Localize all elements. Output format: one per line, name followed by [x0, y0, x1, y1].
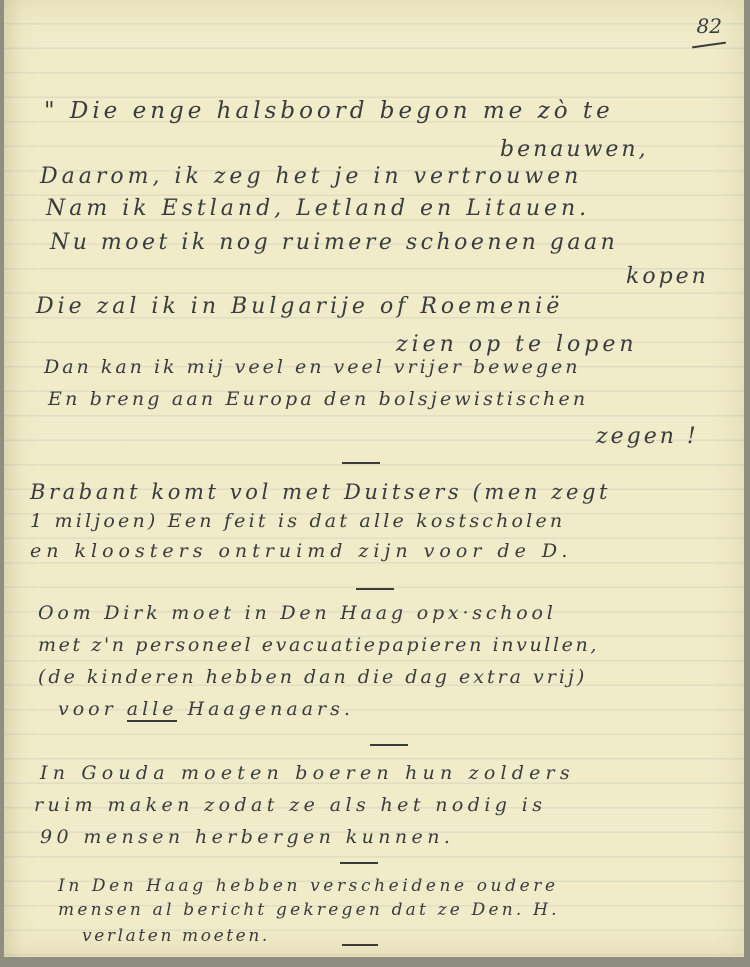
page-number: 82 [697, 14, 722, 38]
poem-line: zegen ! [596, 426, 699, 448]
entry-line: In Den Haag hebben verscheidene oudere [58, 878, 559, 895]
entry-line: Oom Dirk moet in Den Haag opx·school [38, 604, 557, 623]
entry-line: mensen al bericht gekregen dat ze Den. H… [58, 902, 560, 919]
poem-line: Dan kan ik mij veel en veel vrijer beweg… [44, 358, 581, 377]
entry-line: In Gouda moeten boeren hun zolders [40, 764, 575, 783]
poem-line: benauwen, [500, 139, 649, 161]
entry-line: voor alle Haagenaars. [58, 700, 354, 719]
entry-line: Brabant komt vol met Duitsers (men zegt [30, 482, 611, 503]
section-divider [342, 462, 380, 464]
section-divider [356, 588, 394, 590]
poem-line: kopen [626, 266, 709, 288]
section-divider [370, 744, 408, 746]
poem-line: Daarom, ik zeg het je in vertrouwen [40, 166, 582, 188]
section-divider [342, 944, 378, 946]
page-number-underline [692, 42, 726, 49]
poem-line: " Die enge halsboord begon me zò te [44, 100, 614, 123]
notebook-page: 82 " Die enge halsboord begon me zò te b… [4, 0, 744, 957]
section-divider [340, 862, 378, 864]
entry-line: met z'n personeel evacuatiepapieren invu… [38, 636, 599, 655]
entry-line: ruim maken zodat ze als het nodig is [34, 796, 546, 815]
poem-line: Die zal ik in Bulgarije of Roemenië [36, 296, 563, 318]
entry-word: voor [58, 698, 117, 720]
underlined-word: alle [127, 698, 178, 722]
poem-line: En breng aan Europa den bolsjewistischen [48, 390, 588, 409]
entry-line: (de kinderen hebben dan die dag extra vr… [38, 668, 587, 687]
entry-line: 90 mensen herbergen kunnen. [40, 828, 454, 847]
entry-line: verlaten moeten. [82, 928, 270, 945]
entry-line: 1 miljoen) Een feit is dat alle kostscho… [30, 512, 565, 531]
poem-line: Nu moet ik nog ruimere schoenen gaan [50, 232, 618, 254]
entry-word: Haagenaars. [188, 698, 354, 720]
poem-line: zien op te lopen [396, 334, 638, 356]
poem-line: Nam ik Estland, Letland en Litauen. [46, 198, 590, 220]
entry-line: en kloosters ontruimd zijn voor de D. [30, 542, 572, 561]
